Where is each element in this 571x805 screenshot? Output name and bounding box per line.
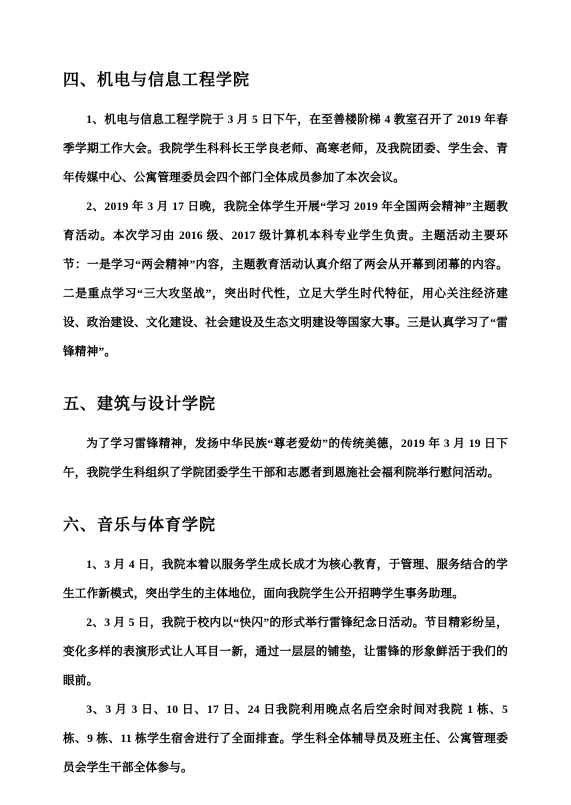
section-heading: 五、建筑与设计学院 — [63, 394, 508, 415]
section-architecture: 五、建筑与设计学院 为了学习雷锋精神，发扬中华民族“尊老爱幼”的传统美德，201… — [63, 394, 508, 487]
paragraph: 2、3 月 5 日，我院于校内以“快闪”的形式举行雷锋纪念日活动。节目精彩纷呈，… — [63, 608, 508, 695]
document-page: 四、机电与信息工程学院 1、机电与信息工程学院于 3 月 5 日下午，在至善楼阶… — [0, 0, 571, 805]
section-heading: 六、音乐与体育学院 — [63, 515, 508, 536]
paragraph: 2、2019 年 3 月 17 日晚，我院全体学生开展“学习 2019 年全国两… — [63, 192, 508, 366]
paragraph: 为了学习雷锋精神，发扬中华民族“尊老爱幼”的传统美德，2019 年 3 月 19… — [63, 429, 508, 487]
paragraph: 1、机电与信息工程学院于 3 月 5 日下午，在至善楼阶梯 4 教室召开了 20… — [63, 105, 508, 192]
paragraph: 1、3 月 4 日，我院本着以服务学生成长成才为核心教育，于管理、服务结合的学生… — [63, 550, 508, 608]
section-music-sports: 六、音乐与体育学院 1、3 月 4 日，我院本着以服务学生成长成才为核心教育，于… — [63, 515, 508, 782]
paragraph: 3、3 月 3 日、10 日、17 日、24 日我院利用晚点名后空余时间对我院 … — [63, 695, 508, 782]
section-mechatronics: 四、机电与信息工程学院 1、机电与信息工程学院于 3 月 5 日下午，在至善楼阶… — [63, 70, 508, 366]
section-heading: 四、机电与信息工程学院 — [63, 70, 508, 91]
